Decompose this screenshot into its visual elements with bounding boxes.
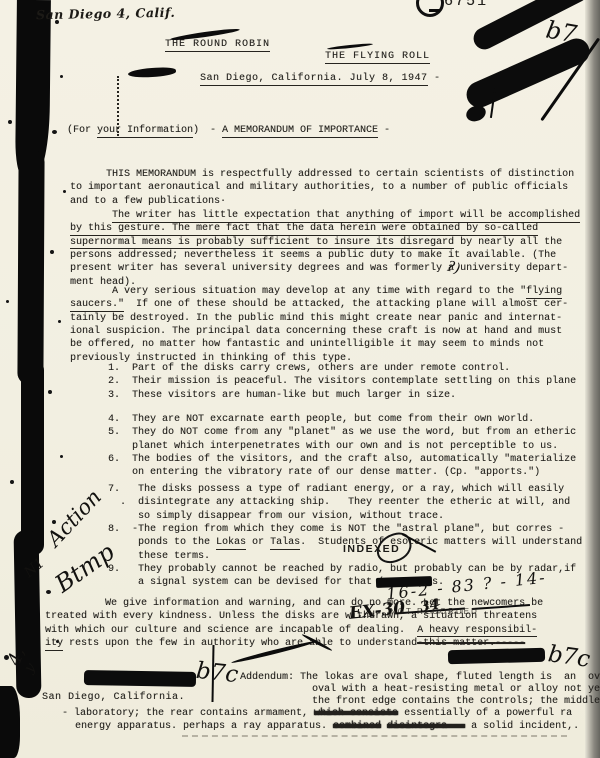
for-your-information: (For your Information) (67, 124, 199, 137)
text-segment: Talas (270, 537, 300, 550)
text-line: supernormal means is probably sufficient… (70, 236, 580, 249)
text-segment: saucers." (70, 299, 124, 312)
text-segment: be offered, no matter how fantastic and … (70, 339, 544, 350)
noise-speckle (10, 480, 14, 484)
text-segment: A MEMORANDUM OF IMPORTANCE (222, 125, 378, 138)
text-line: saucers." If one of these should be atta… (70, 298, 568, 311)
text-line: 6. The bodies of the visitors, and the c… (108, 453, 576, 466)
dateline-text: San Diego, California. July 8, 1947 (200, 73, 428, 86)
text-segment: supernormal means is probably sufficient… (70, 237, 454, 250)
text-block-lb: 4. They are NOT excarnate earth people, … (108, 413, 576, 480)
title-flying-roll: THE FLYING ROLL (325, 50, 430, 63)
text-segment: present writer has several university de… (70, 263, 568, 274)
text-segment: your Information (97, 125, 193, 138)
text-segment: If one of these should be attacked, the … (124, 299, 568, 310)
text-segment: to important aeronautical and military a… (70, 182, 568, 193)
faint-dashed-line (182, 735, 567, 737)
text-line: - laboratory; the rear contains armament… (62, 707, 572, 720)
text-segment: ) (193, 125, 199, 136)
text-block-p4: We give information and warning, and can… (45, 597, 543, 650)
text-segment: so simply disappear from our vision, wit… (108, 511, 444, 522)
scanned-memo-page: San Diego 4, Calif. 6751 b7 THE ROUND RO… (0, 0, 600, 758)
text-line: be offered, no matter how fantastic and … (70, 338, 568, 351)
text-line: . disintegrate any attacking ship. They … (108, 496, 582, 509)
text-segment: by this gesture. The mere fact that the … (70, 223, 538, 236)
noise-speckle (58, 320, 61, 323)
text-segment: (For (67, 125, 97, 136)
text-line: persons addressed; nevertheless it seems… (70, 249, 580, 262)
text-line: 8. -The region from which they come is N… (108, 523, 582, 536)
text-line: San Diego, California. (42, 691, 185, 704)
text-block-la: 1. Part of the disks carry crews, others… (108, 362, 576, 402)
text-line: A very serious situation may develop at … (70, 285, 568, 298)
text-line: The writer has little expectation that a… (70, 209, 580, 222)
text-segment (70, 210, 112, 221)
text-segment: ity (45, 638, 63, 651)
text-segment: San Diego, California. (42, 692, 185, 703)
memo-title: - A MEMORANDUM OF IMPORTANCE - (210, 124, 390, 137)
text-line: and to a few publications· (70, 195, 574, 208)
text-block-p1: THIS MEMORANDUM is respectfully addresse… (70, 168, 574, 208)
noise-speckle (8, 120, 12, 124)
text-segment: and to a few publications· (70, 196, 226, 207)
text-segment: 7. The disks possess a type of radiant e… (108, 484, 564, 495)
origin-stamp: San Diego 4, Calif. (36, 5, 176, 22)
dateline: San Diego, California. July 8, 1947 - (200, 72, 441, 85)
text-line: by this gesture. The mere fact that the … (70, 222, 580, 235)
text-segment: which consists (314, 708, 398, 719)
text-block-p3: A very serious situation may develop at … (70, 285, 568, 365)
text-line: to important aeronautical and military a… (70, 181, 574, 194)
text-segment: The writer has little expectation that a… (112, 210, 580, 223)
left-edge-scan-artifact (15, 0, 51, 175)
text-line: on entering the vibratory rate of our de… (108, 466, 576, 479)
text-line: planet which interpenetrates with our ow… (108, 440, 576, 453)
text-segment: oval with a heat-resisting metal or allo… (312, 684, 600, 695)
text-segment: energy apparatus. perhaps a ray apparatu… (75, 721, 333, 732)
noise-speckle (48, 390, 52, 394)
text-segment: a solid incident,. (465, 721, 579, 732)
handwritten-34: 34 (419, 596, 441, 615)
text-block-p2: The writer has little expectation that a… (70, 209, 580, 289)
text-line: THIS MEMORANDUM is respectfully addresse… (70, 168, 574, 181)
noise-speckle (60, 75, 63, 78)
text-segment: ponds to the (108, 537, 216, 548)
text-block-a5: energy apparatus. perhaps a ray apparatu… (75, 720, 579, 733)
text-segment: 6. The bodies of the visitors, and the c… (108, 454, 576, 465)
text-segment: 3. These visitors are human-like but muc… (108, 390, 456, 401)
text-segment: persons addressed; nevertheless it seems… (70, 250, 556, 261)
redaction-bar (84, 670, 196, 687)
text-line: with which our culture and science are i… (45, 624, 543, 637)
text-line: 1. Part of the disks carry crews, others… (108, 362, 576, 375)
text-segment: A very serious situation may develop at … (70, 286, 526, 297)
noise-speckle (46, 590, 51, 594)
text-segment: tainly be destroyed. In the public mind … (70, 313, 562, 324)
text-line: ional suspicion. The principal data conc… (70, 325, 568, 338)
text-segment: by nearly all the (454, 237, 562, 248)
text-segment: the front edge contains the controls; th… (312, 696, 600, 707)
left-edge-scan-artifact (0, 686, 20, 758)
text-segment: 5. They do NOT come from any "planet" as… (108, 427, 576, 438)
noise-speckle (52, 130, 57, 134)
redaction-bar (448, 648, 545, 665)
text-line: 7. The disks possess a type of radiant e… (108, 483, 582, 496)
text-line: tainly be destroyed. In the public mind … (70, 312, 568, 325)
title-text: THE ROUND ROBIN (165, 39, 270, 52)
handwritten-b7c: b7c (546, 641, 591, 673)
ink-blob (128, 66, 177, 78)
text-segment: - laboratory; the rear contains armament… (62, 708, 314, 719)
text-segment: -this matter. (417, 638, 495, 649)
text-segment: flying (526, 286, 562, 299)
text-segment: Lokas (216, 537, 246, 550)
text-block-loc: San Diego, California. (42, 691, 185, 704)
text-segment: 2. Their mission is peaceful. The visito… (108, 376, 576, 387)
text-segment: - (378, 125, 390, 136)
text-segment: 1. Part of the disks carry crews, others… (108, 363, 510, 374)
text-segment: planet which interpenetrates with our ow… (108, 441, 558, 452)
text-segment: Addendum: The lokas are oval shape, flut… (240, 672, 600, 683)
text-segment: disintegra--- (387, 721, 465, 732)
text-line: 3. These visitors are human-like but muc… (108, 389, 576, 402)
text-block-a4: - laboratory; the rear contains armament… (62, 707, 572, 720)
text-segment: 4. They are NOT excarnate earth people, … (108, 414, 534, 425)
text-segment: combined (333, 721, 381, 732)
text-segment: with which our culture and science are i… (45, 625, 417, 636)
text-segment: or (246, 537, 270, 548)
text-line: 2. Their mission is peaceful. The visito… (108, 375, 576, 388)
noise-speckle (63, 190, 66, 193)
noise-speckle (50, 250, 54, 254)
handwritten-b7c: b7c (195, 658, 240, 688)
title-round-robin: THE ROUND ROBIN (165, 38, 270, 51)
text-segment: THIS MEMORANDUM is respectfully addresse… (70, 169, 574, 180)
noise-speckle (60, 455, 63, 458)
text-segment: A heavy responsibil- (417, 625, 537, 638)
left-edge-scan-artifact (17, 150, 44, 385)
handwritten-b7: b7 (544, 16, 579, 49)
text-segment: on entering the vibratory rate of our de… (108, 467, 540, 478)
right-edge-scan-artifact (585, 0, 600, 758)
text-line: so simply disappear from our vision, wit… (108, 510, 582, 523)
file-number: 6751 (444, 0, 488, 8)
text-segment: these terms. (108, 551, 210, 562)
text-line: 5. They do NOT come from any "planet" as… (108, 426, 576, 439)
left-edge-scan-artifact (21, 360, 44, 555)
text-line: present writer has several university de… (70, 262, 580, 275)
text-segment: - (210, 125, 222, 136)
text-segment: essentially of a powerful ra (398, 708, 572, 719)
text-segment: rests upon the few in authority who are … (63, 638, 417, 649)
dash-mark (429, 9, 440, 12)
noise-speckle (6, 300, 9, 303)
dateline-tail: - (428, 73, 441, 84)
text-segment: ional suspicion. The principal data conc… (70, 326, 562, 337)
title-text: THE FLYING ROLL (325, 51, 430, 64)
text-segment: . disintegrate any attacking ship. They … (108, 497, 570, 508)
text-line: energy apparatus. perhaps a ray apparatu… (75, 720, 579, 733)
text-line: 4. They are NOT excarnate earth people, … (108, 413, 576, 426)
text-segment: 8. -The region from which they come is N… (108, 524, 564, 535)
